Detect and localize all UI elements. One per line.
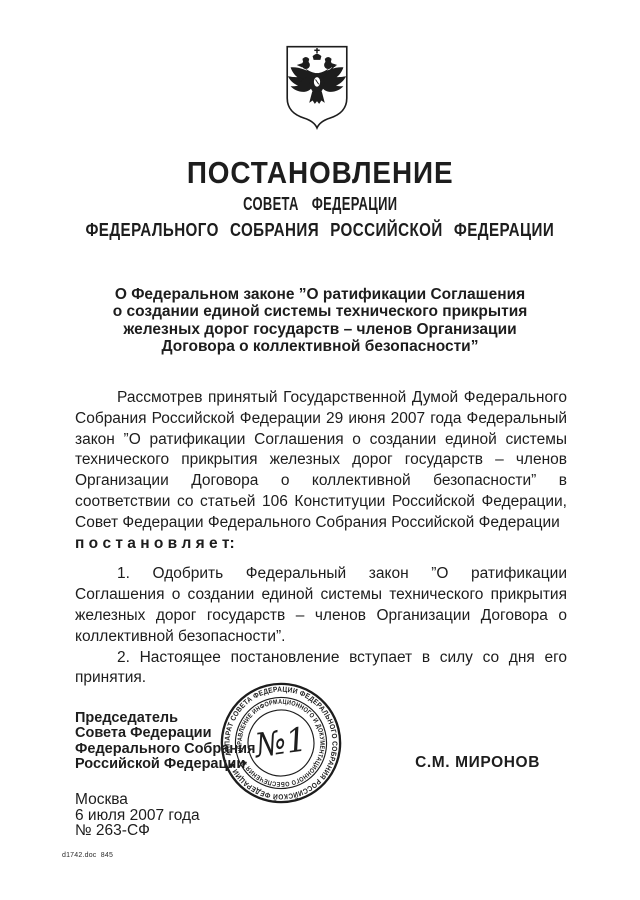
file-reference: d1742.doc 845 [62, 852, 113, 859]
issue-date: 6 июля 2007 года [75, 808, 200, 824]
subject-line-4: Договора о коллективной безопасности” [0, 338, 640, 355]
intro-paragraph: Рассмотрев принятый Государственной Думо… [75, 388, 567, 534]
assembly-line-text: ФЕДЕРАЛЬНОГО СОБРАНИЯ РОССИЙСКОЙ ФЕДЕРАЦ… [86, 219, 555, 241]
subject-line-1: О Федеральном законе ”О ратификации Согл… [0, 286, 640, 303]
doc-type-title: ПОСТАНОВЛЕНИЕ [0, 155, 640, 191]
subject-line-3: железных дорог государств – членов Орган… [0, 321, 640, 338]
russian-coat-of-arms-icon [283, 44, 351, 132]
subject-title: О Федеральном законе ”О ратификации Согл… [0, 286, 640, 356]
official-round-stamp: АППАРАТ СОВЕТА ФЕДЕРАЦИИ ФЕДЕРАЛЬНОГО СО… [205, 667, 358, 820]
subject-line-2: о создании единой системы технического п… [0, 303, 640, 320]
resolves-keyword: п о с т а н о в л я е т: [75, 534, 567, 555]
stamp-number: №1 [250, 719, 309, 765]
signer-name: С.М. МИРОНОВ [415, 754, 567, 772]
doc-type-text: ПОСТАНОВЛЕНИЕ [187, 155, 454, 191]
council-line-text: СОВЕТА ФЕДЕРАЦИИ [243, 193, 397, 215]
council-line: СОВЕТА ФЕДЕРАЦИИ [0, 193, 640, 215]
assembly-line: ФЕДЕРАЛЬНОГО СОБРАНИЯ РОССИЙСКОЙ ФЕДЕРАЦ… [0, 219, 640, 241]
issue-place: Москва [75, 792, 200, 808]
resolution-item-1: 1. Одобрить Федеральный закон ”О ратифик… [75, 564, 567, 647]
issue-block: Москва 6 июля 2007 года № 263-СФ [75, 792, 200, 839]
doc-number: № 263-СФ [75, 823, 200, 839]
body-text: Рассмотрев принятый Государственной Думо… [75, 388, 567, 689]
resolution-document: ПОСТАНОВЛЕНИЕ СОВЕТА ФЕДЕРАЦИИ ФЕДЕРАЛЬН… [0, 0, 640, 900]
